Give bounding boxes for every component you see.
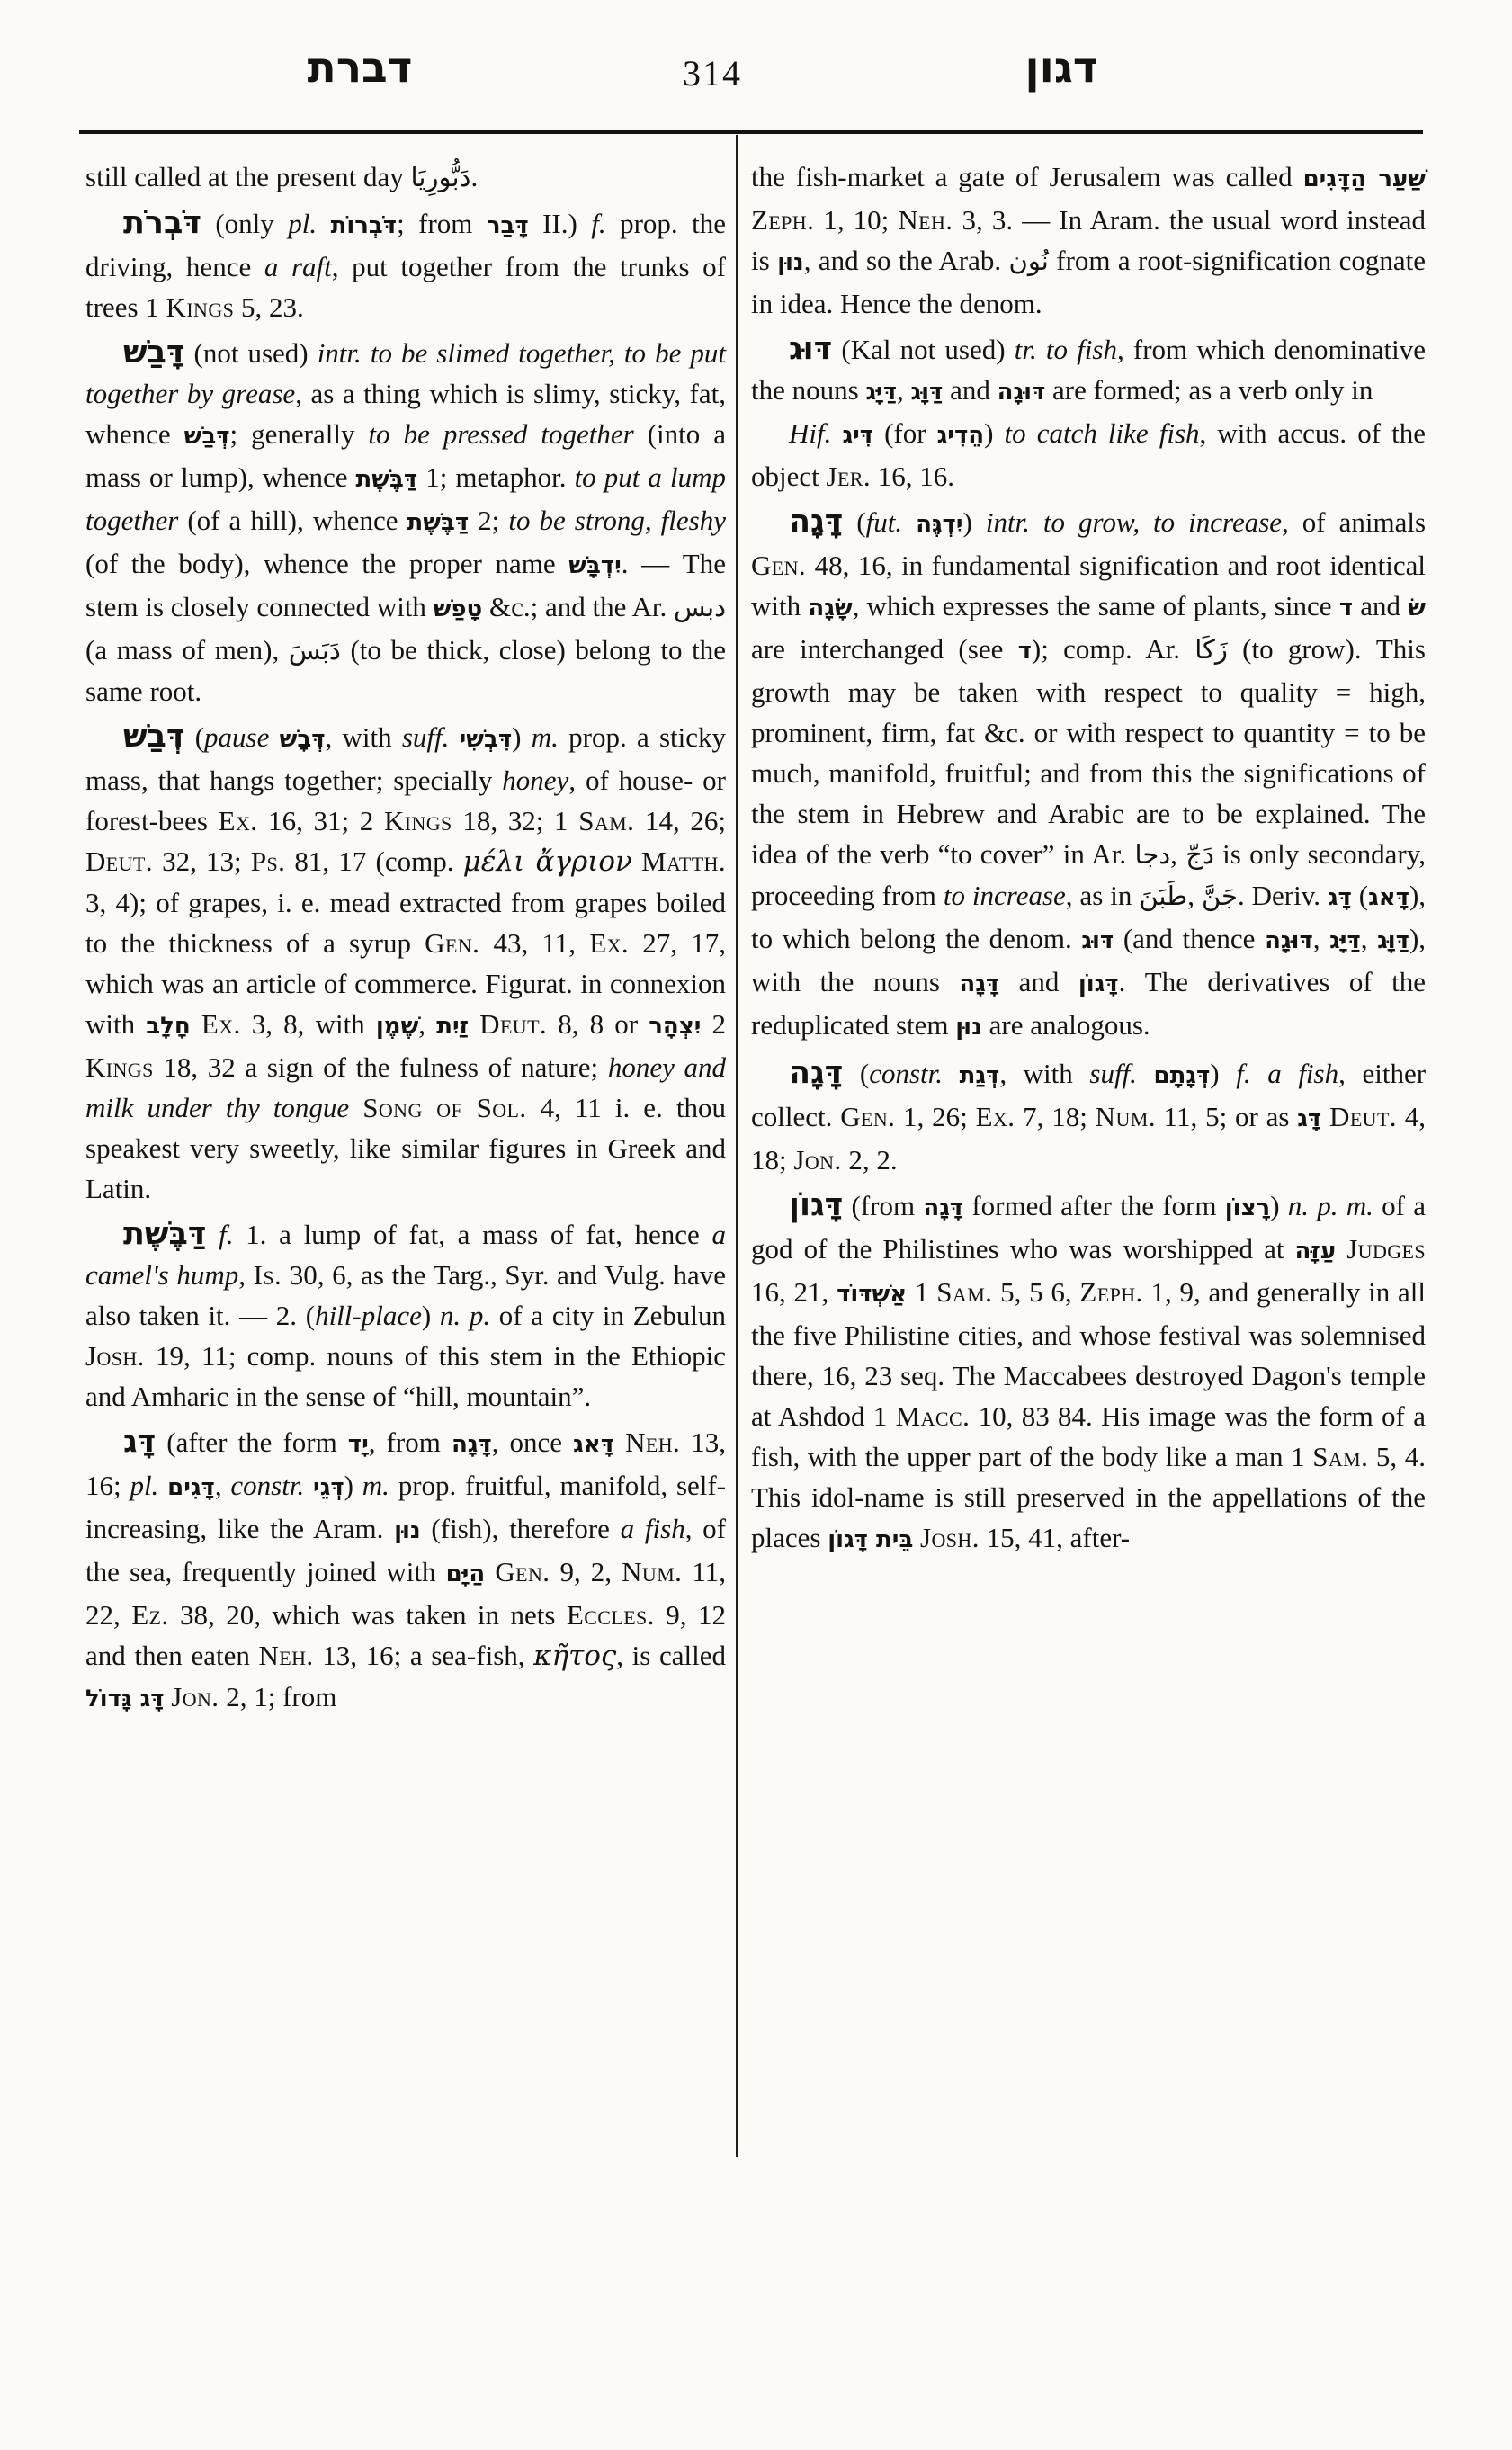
text-run: and (943, 374, 997, 406)
hebrew-word: דְּבָשׁ (280, 726, 326, 753)
hebrew-word: רָצוֹן (1225, 1194, 1270, 1221)
scripture-reference: Kings (166, 291, 235, 323)
text-run: the fish-market a gate of Jerusalem was … (751, 161, 1303, 192)
text-run: 5, 23. (234, 291, 304, 323)
hebrew-word: דָּגִים (167, 1474, 215, 1501)
text-run: , (1361, 923, 1377, 954)
text-run: , (238, 1259, 253, 1291)
italic-text: constr. (230, 1470, 304, 1501)
hebrew-word: דַּבֶּשֶׁת (356, 466, 418, 493)
hebrew-word: דַּבֶּשֶׁת (407, 509, 470, 536)
hebrew-word: דְּבַשׁ (184, 423, 230, 450)
scripture-reference: Neh. (259, 1640, 314, 1671)
scripture-reference: Zeph. (751, 204, 814, 236)
italic-text: honey (502, 765, 568, 796)
text-run: and (1353, 590, 1408, 621)
text-run: , (418, 1008, 436, 1040)
hebrew-word: בֵּית דָּגוֹן (828, 1526, 913, 1553)
text-run: , of animals (1282, 506, 1426, 538)
italic-text: m. (532, 721, 559, 753)
scripture-reference: Ex. (589, 927, 629, 959)
entry-debash-honey: דְּבַשׁ (pause דְּבָשׁ, with suff. דִּבְ… (85, 717, 726, 1209)
italic-text: fut. (866, 506, 902, 538)
text-run: 81, 17 (comp. (285, 845, 462, 877)
italic-text: hill-place (315, 1300, 422, 1331)
text-run (913, 1522, 920, 1553)
scripture-reference: Gen. (840, 1101, 895, 1132)
hebrew-word: דָּאג (573, 1431, 614, 1458)
text-run: 18, 32 a sign of the fulness of nature; (154, 1051, 608, 1083)
text-run: (not used) (184, 337, 317, 369)
scripture-reference: Sam. (578, 805, 634, 836)
scripture-reference: Neh. (898, 204, 953, 236)
text-run: are analogous. (982, 1009, 1150, 1041)
text-run: 2; (469, 505, 508, 536)
hebrew-headword: דָּג (123, 1424, 156, 1460)
text-run: are formed; as a verb only in (1045, 374, 1373, 406)
italic-text: a fish (1267, 1058, 1338, 1089)
hebrew-word: עַזָּה (1295, 1238, 1337, 1265)
text-run: are interchanged (see (751, 633, 1018, 665)
hebrew-word: דָּג (1297, 1105, 1321, 1132)
scripture-reference: Jon. (793, 1144, 841, 1176)
italic-text: f. (1236, 1058, 1250, 1089)
text-run: formed after the form (963, 1190, 1225, 1221)
text-run: 1. a lump of fat, a mass of fat, hence (233, 1219, 711, 1250)
scripture-reference: Eccles. (567, 1599, 655, 1631)
text-run: , from (369, 1426, 452, 1458)
arabic-word: طَبَنَ (1139, 881, 1187, 911)
hebrew-word: שָׂגָה (808, 595, 852, 621)
entry-dug: דּוּג (Kal not used) tr. to fish, from w… (751, 329, 1426, 413)
text-run: , (1187, 880, 1202, 911)
text-run (902, 506, 916, 538)
hebrew-word: הֵדִיג (937, 422, 984, 449)
text-run: , and so the Arab. (804, 245, 1009, 276)
text-run (206, 1219, 219, 1250)
greek-word: κῆτος (533, 1640, 616, 1672)
text-run (304, 1470, 313, 1501)
text-run: ) (512, 721, 532, 753)
text-columns: still called at the present day دَبُّورِ… (85, 156, 1426, 2157)
hebrew-word: דַּוָּג (1377, 927, 1409, 954)
entry-dobroth: דֹּבְרֹת (only pl. דֹּבְרוֹת; from דָּבַ… (85, 203, 726, 327)
hebrew-headword: דֹּבְרֹת (123, 205, 201, 241)
text-run: , once (492, 1426, 573, 1458)
italic-text: a fish (621, 1513, 685, 1544)
italic-text: to catch like fish (1005, 417, 1200, 449)
arabic-word: نُون (1009, 246, 1049, 276)
text-run: 1; metaphor. (417, 461, 574, 493)
italic-text: to increase (944, 880, 1066, 911)
hebrew-word: הַיָּם (446, 1560, 486, 1587)
hebrew-word: דָּגוֹן (1078, 970, 1119, 997)
hebrew-word: חָלָב (146, 1013, 190, 1040)
text-run: &c.; and the Ar. (482, 591, 674, 622)
scripture-reference: Ex. (219, 805, 258, 836)
arabic-word: دَبُّورِيَا (411, 162, 471, 192)
hebrew-headword: דָּגוֹן (789, 1187, 843, 1223)
italic-text: intr. to grow, to increase (986, 506, 1282, 538)
entry-dagah-verb: דָּגָה (fut. יִדְגֶּה) intr. to grow, to… (751, 502, 1426, 1048)
hebrew-headword: דּוּג (789, 331, 832, 367)
hebrew-headword: דָּגָה (789, 504, 843, 540)
text-run (349, 1092, 362, 1123)
scripture-reference: Gen. (495, 1556, 550, 1587)
text-run (469, 1008, 479, 1040)
arabic-word: زَكَا (1194, 634, 1228, 665)
hebrew-word: דַּיָּג (865, 379, 897, 406)
hebrew-word: אַשְׁדּוֹד (837, 1281, 907, 1308)
hebrew-word: יִדְבָּשׁ (568, 552, 622, 579)
text-run: 2, 2. (842, 1144, 898, 1176)
continuation-paragraph: still called at the present day دَبُّورِ… (85, 156, 726, 198)
text-run: 1 (907, 1276, 936, 1308)
scripture-reference: Ps. (251, 845, 285, 877)
text-run (191, 1008, 201, 1040)
text-run: , (215, 1470, 231, 1501)
scripture-reference: Kings (85, 1051, 154, 1083)
text-run: (of a hill), whence (178, 505, 407, 536)
text-run: ; generally (230, 418, 369, 450)
dictionary-page: דברת 314 דגון still called at the presen… (0, 0, 1512, 2450)
scripture-reference: Macc. (896, 1400, 971, 1432)
hebrew-headword: דָּגָה (789, 1055, 843, 1091)
text-run (1336, 1233, 1346, 1265)
right-column: the fish-market a gate of Jerusalem was … (751, 156, 1426, 1560)
greek-word: μέλι ἄγριον (463, 845, 632, 878)
hebrew-word: נוּן (394, 1517, 421, 1544)
text-run: . Deriv. (1238, 880, 1328, 911)
hebrew-word: שֶׁמֶן (376, 1013, 418, 1040)
scripture-reference: Neh. (625, 1426, 680, 1458)
text-run: 1, 10; (814, 204, 898, 236)
text-run: ) (963, 506, 986, 538)
text-run: still called at the present day (85, 161, 411, 192)
text-run: 32, 13; (153, 845, 251, 877)
entry-dagah-noun: דָּגָה (constr. דְּגַת, with suff. דְּגָ… (751, 1053, 1426, 1180)
hebrew-word: ד (1018, 638, 1032, 665)
hebrew-word: דּוּגָה (998, 379, 1046, 406)
hebrew-headword: דַּבֶּשֶׁת (123, 1216, 206, 1252)
text-run: ( (843, 506, 865, 538)
scripture-reference: Judges (1346, 1233, 1426, 1265)
hebrew-word: טָפַשׁ (434, 595, 482, 622)
text-run: 14, 26; (634, 805, 726, 836)
hebrew-word: נוּן (955, 1014, 982, 1041)
arabic-word: دَبَسَ (289, 635, 341, 666)
text-run (632, 845, 641, 877)
scripture-reference: Sam. (936, 1276, 992, 1308)
arabic-word: دَجّ (1185, 839, 1214, 870)
text-run: and (999, 966, 1078, 997)
hebrew-word: דָּג גָּדוֹל (85, 1685, 165, 1712)
italic-text: a raft (264, 251, 332, 282)
italic-text: to be pressed together (368, 418, 633, 450)
hebrew-word: דַּיָּג (1329, 927, 1361, 954)
hebrew-word: דָּבַר (487, 212, 529, 239)
scripture-reference: Zeph. (1079, 1276, 1142, 1308)
italic-text: constr. (869, 1058, 943, 1089)
text-run (449, 721, 459, 753)
text-run (943, 1058, 960, 1089)
text-run: (fish), therefore (421, 1513, 621, 1544)
scripture-reference: Deut. (85, 845, 153, 877)
scripture-reference: Kings (384, 805, 452, 836)
text-run: ) (984, 417, 1004, 449)
hebrew-word: דָּג (1328, 884, 1352, 911)
hebrew-word: נוּן (777, 249, 804, 276)
text-run (831, 417, 842, 449)
hebrew-word: דְּגַת (960, 1062, 1000, 1089)
text-run: 2, 1; from (219, 1681, 336, 1712)
header-rule (79, 130, 1423, 134)
text-run: 15, 41, after- (980, 1522, 1130, 1553)
hebrew-word: דָּאג (1368, 884, 1409, 911)
scripture-reference: Josh. (85, 1340, 145, 1372)
hebrew-word: שׂ (1408, 595, 1426, 621)
scripture-reference: Song of Sol. (362, 1092, 526, 1123)
italic-text: Hif. (789, 417, 831, 449)
text-run: . (470, 161, 478, 192)
text-run: , (1170, 838, 1185, 870)
text-run: ( (843, 1058, 869, 1089)
text-run: ) (1270, 1190, 1288, 1221)
page-number: 314 (683, 56, 742, 92)
text-run: II.) (529, 208, 592, 239)
scripture-reference: Ex. (976, 1101, 1015, 1132)
text-run: , with (325, 721, 401, 753)
scripture-reference: Is. (254, 1259, 282, 1291)
arabic-word: جَنَّ (1202, 881, 1238, 911)
hebrew-word: דִּיג (842, 422, 873, 449)
text-run: 9, 2, (550, 1556, 622, 1587)
text-run: 7, 18; (1015, 1101, 1095, 1132)
hebrew-word: יָד (348, 1431, 369, 1458)
text-run: 16, 21, (751, 1276, 837, 1308)
arabic-word: دبس (674, 592, 726, 622)
hebrew-word: דְּגָתָם (1154, 1062, 1211, 1089)
hebrew-headword: דָּבַשׁ (123, 335, 184, 371)
italic-text: suff. (1089, 1058, 1137, 1089)
text-run: (from (843, 1190, 923, 1221)
text-run (1137, 1058, 1154, 1089)
hebrew-word: זַיִת (436, 1013, 469, 1040)
entry-dagon: דָּגוֹן (from דָּגָה formed after the fo… (751, 1185, 1426, 1560)
scripture-reference: Jer. (827, 460, 872, 492)
text-run: 16, 16. (871, 460, 954, 492)
text-run: 1, 26; (895, 1101, 975, 1132)
hebrew-word: יִדְגֶּה (916, 511, 962, 538)
text-run: ( (1352, 880, 1368, 911)
hebrew-word: דָּגָה (959, 970, 999, 997)
hebrew-word: דּוּגָה (1265, 927, 1313, 954)
text-run (269, 721, 279, 753)
scripture-reference: Ex. (201, 1008, 241, 1040)
text-run: 38, 20, which was taken in nets (169, 1599, 567, 1631)
italic-text: f. (219, 1219, 233, 1250)
text-run: ( (184, 721, 204, 753)
text-run: 11, 5; or as (1156, 1101, 1297, 1132)
text-run: (and thence (1114, 923, 1265, 954)
text-run: 13, 16; a sea-fish, (314, 1640, 534, 1671)
scripture-reference: Josh. (920, 1522, 980, 1553)
text-run: (of the body), whence the proper name (85, 548, 568, 579)
entry-dabbesheth: דַּבֶּשֶׁת f. 1. a lump of fat, a mass o… (85, 1214, 726, 1417)
italic-text: pl. (288, 208, 317, 239)
text-run: ) (422, 1300, 440, 1331)
text-run: 43, 11, (479, 927, 589, 959)
hebrew-word: דִּבְשִׁי (460, 726, 513, 753)
text-run: (a mass of men), (85, 634, 289, 666)
text-run: , (897, 374, 911, 406)
hebrew-word: דָּגָה (923, 1194, 963, 1221)
scripture-reference: Gen. (425, 927, 479, 959)
text-run: ) (1210, 1058, 1236, 1089)
scripture-reference: Sam. (1312, 1441, 1368, 1472)
text-run: , as in (1066, 880, 1140, 911)
column-divider (736, 135, 738, 2157)
text-run: (after the form (156, 1426, 348, 1458)
italic-text: n. p. (440, 1300, 490, 1331)
hebrew-word: דָּגָה (452, 1431, 492, 1458)
entry-dug-hifil: Hif. דִּיג (for הֵדִיג) to catch like fi… (751, 413, 1426, 496)
hebrew-word: שַׁעַר הַדָּגִים (1303, 165, 1426, 192)
scripture-reference: Num. (622, 1556, 682, 1587)
hebrew-headword: דְּבַשׁ (123, 719, 184, 755)
text-run: 8, 8 or (547, 1008, 649, 1040)
text-run: ); comp. Ar. (1032, 633, 1194, 665)
text-run: , with (999, 1058, 1089, 1089)
hebrew-word: דּוּג (1081, 927, 1114, 954)
text-run: ; from (397, 208, 487, 239)
text-run (485, 1556, 495, 1587)
continuation-paragraph: the fish-market a gate of Jerusalem was … (751, 156, 1426, 324)
scripture-reference: Gen. (751, 550, 806, 581)
text-run (1251, 1058, 1268, 1089)
text-run: (only (201, 208, 288, 239)
left-column: still called at the present day دَبُّورِ… (85, 156, 726, 1720)
italic-text: to be strong, fleshy (508, 505, 726, 536)
text-run (158, 1470, 167, 1501)
text-run: , (1313, 923, 1329, 954)
text-run: 5, 5 6, (992, 1276, 1079, 1308)
text-run: (for (873, 417, 937, 449)
text-run: 2 (701, 1008, 726, 1040)
scripture-reference: Deut. (1329, 1101, 1397, 1132)
text-run: ) (344, 1470, 362, 1501)
running-head-left-hebrew: דברת (308, 47, 413, 89)
italic-text: m. (362, 1470, 389, 1501)
entry-dabash-verb: דָּבַשׁ (not used) intr. to be slimed to… (85, 333, 726, 711)
italic-text: f. (591, 208, 605, 239)
text-run: 18, 32; 1 (452, 805, 579, 836)
scripture-reference: Deut. (479, 1008, 547, 1040)
text-run (317, 208, 330, 239)
text-run: , is called (616, 1640, 726, 1671)
text-run (1321, 1101, 1329, 1132)
italic-text: suff. (402, 721, 450, 753)
hebrew-word: ד (1339, 595, 1353, 621)
scripture-reference: Num. (1096, 1101, 1156, 1132)
scripture-reference: Jon. (171, 1681, 219, 1712)
text-run (614, 1426, 625, 1458)
arabic-word: دجا (1134, 839, 1170, 870)
italic-text: pause (204, 721, 269, 753)
text-run: (Kal not used) (832, 334, 1015, 365)
text-run: 16, 31; 2 (257, 805, 384, 836)
italic-text: pl. (130, 1470, 158, 1501)
running-head-right-hebrew: דגון (1025, 47, 1098, 89)
hebrew-word: דְּגֵי (313, 1474, 344, 1501)
text-run: of a city in Zebulun (490, 1300, 726, 1331)
text-run: (to grow). This growth may be taken with… (751, 633, 1426, 870)
hebrew-word: דַּוָּג (911, 379, 944, 406)
text-run: 19, 11; comp. nouns of this stem in the … (85, 1340, 726, 1412)
text-run: , which expresses the same of plants, si… (853, 590, 1339, 621)
hebrew-word: יִצְהָר (649, 1013, 701, 1040)
hebrew-word: דֹּבְרוֹת (331, 212, 397, 239)
scripture-reference: Matth. (641, 845, 726, 877)
scripture-reference: Ez. (131, 1599, 168, 1631)
italic-text: tr. to fish (1015, 334, 1117, 365)
entry-dag: דָּג (after the form יָד, from דָּגָה, o… (85, 1422, 726, 1720)
italic-text: n. p. m. (1288, 1190, 1373, 1221)
text-run: 3, 8, with (241, 1008, 376, 1040)
